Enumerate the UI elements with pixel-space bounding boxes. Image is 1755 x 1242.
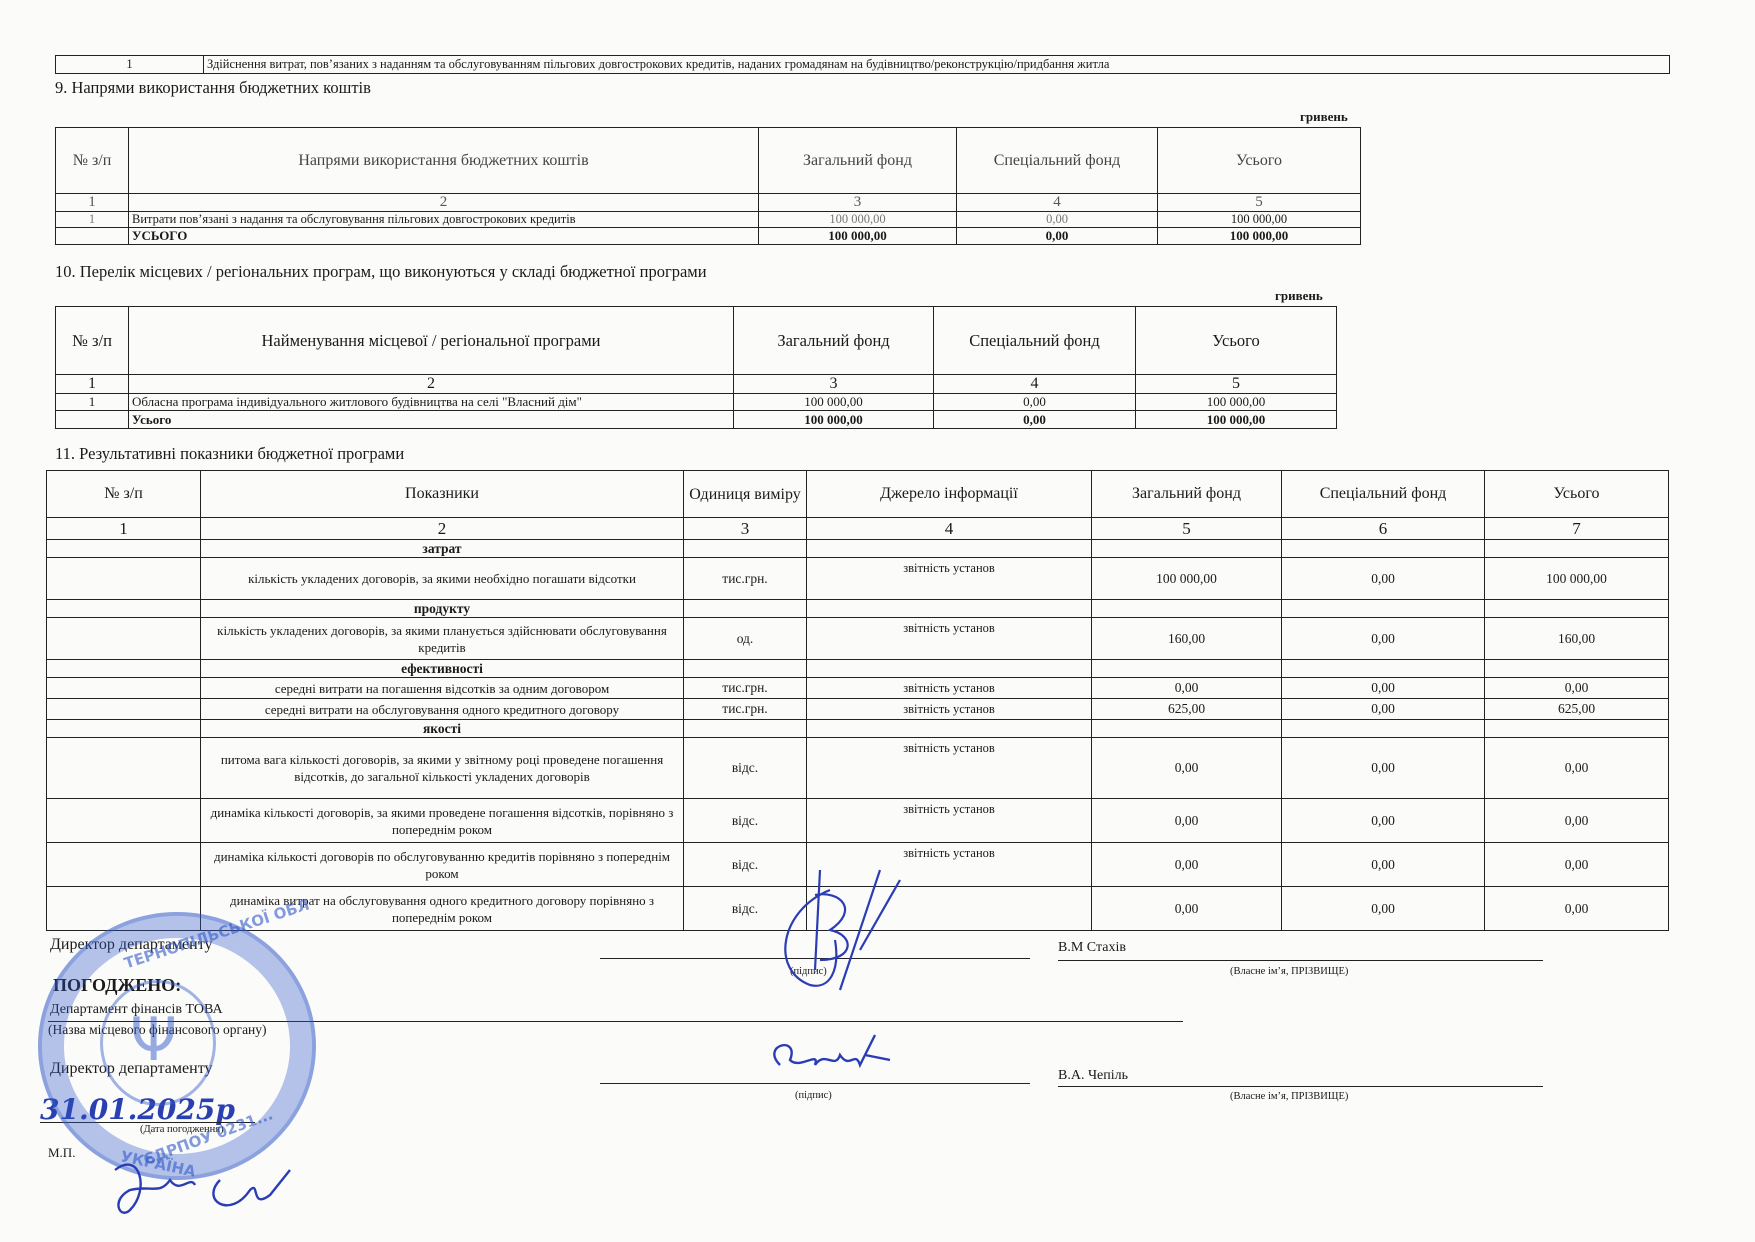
column-number: 3 (734, 375, 934, 394)
table-header-row: № з/п Показники Одиниця виміру Джерело і… (47, 471, 1669, 518)
header-cell: Спеціальний фонд (957, 128, 1158, 194)
empty-cell (807, 660, 1092, 678)
empty-cell (1282, 540, 1485, 558)
unit-of-measure: відс. (684, 799, 807, 843)
information-source: звітність установ (807, 678, 1092, 699)
empty-cell (47, 618, 201, 660)
empty-cell (1282, 660, 1485, 678)
general-fund-value: 0,00 (1092, 887, 1282, 931)
header-cell: Усього (1485, 471, 1669, 518)
category-row: якості (47, 720, 1669, 738)
column-number: 4 (957, 194, 1158, 212)
column-number: 3 (759, 194, 957, 212)
empty-cell (1282, 720, 1485, 738)
column-number-row: 1 2 3 4 5 6 7 (47, 518, 1669, 540)
signature-caption-2: (підпис) (795, 1090, 832, 1101)
section-10-unit: гривень (1275, 288, 1323, 304)
total-value: 0,00 (1485, 738, 1669, 799)
section-9-unit: гривень (1300, 109, 1348, 125)
name-caption-2: (Власне ім’я, ПРІЗВИЩЕ) (1230, 1091, 1348, 1102)
total-row: Усього 100 000,00 0,00 100 000,00 (56, 411, 1337, 429)
category-row: продукту (47, 600, 1669, 618)
empty-cell (47, 600, 201, 618)
total-value: 0,00 (1485, 887, 1669, 931)
table-row: 1 Здійснення витрат, пов’язаних з наданн… (56, 56, 1670, 74)
general-fund-total: 100 000,00 (759, 228, 957, 245)
table-row: 1 Витрати пов’язані з надання та обслуго… (56, 212, 1361, 228)
category-label: продукту (201, 600, 684, 618)
empty-cell (807, 540, 1092, 558)
signature-scribble-3-icon (100, 1150, 320, 1230)
special-fund-value: 0,00 (957, 212, 1158, 228)
general-fund-value: 0,00 (1092, 678, 1282, 699)
row-text: Здійснення витрат, пов’язаних з наданням… (204, 56, 1670, 74)
empty-cell (1485, 540, 1669, 558)
header-cell: Загальний фонд (1092, 471, 1282, 518)
total-value: 100 000,00 (1136, 394, 1337, 411)
column-number-row: 1 2 3 4 5 (56, 194, 1361, 212)
special-fund-value: 0,00 (1282, 699, 1485, 720)
header-cell: № з/п (56, 307, 129, 375)
information-source: звітність установ (807, 799, 1092, 843)
special-fund-value: 0,00 (1282, 843, 1485, 887)
trident-emblem-icon: Ψ (130, 1005, 177, 1075)
special-fund-value: 0,00 (934, 394, 1136, 411)
special-fund-value: 0,00 (1282, 887, 1485, 931)
section-11-title: 11. Результативні показники бюджетної пр… (55, 444, 404, 464)
column-number: 1 (47, 518, 201, 540)
special-fund-value: 0,00 (1282, 678, 1485, 699)
header-cell: Напрями використання бюджетних коштів (129, 128, 759, 194)
column-number: 4 (807, 518, 1092, 540)
empty-cell (47, 660, 201, 678)
empty-cell (47, 699, 201, 720)
header-cell: Загальний фонд (759, 128, 957, 194)
header-cell: Джерело інформації (807, 471, 1092, 518)
total-value: 0,00 (1485, 799, 1669, 843)
empty-cell (684, 720, 807, 738)
header-cell: № з/п (47, 471, 201, 518)
total-row: УСЬОГО 100 000,00 0,00 100 000,00 (56, 228, 1361, 245)
column-number: 1 (56, 194, 129, 212)
total-value: 0,00 (1485, 678, 1669, 699)
section-9-title: 9. Напрями використання бюджетних коштів (55, 78, 371, 98)
total-value: 100 000,00 (1158, 212, 1361, 228)
header-cell: Спеціальний фонд (934, 307, 1136, 375)
empty-cell (1485, 600, 1669, 618)
general-fund-value: 100 000,00 (759, 212, 957, 228)
grand-total: 100 000,00 (1158, 228, 1361, 245)
category-label: затрат (201, 540, 684, 558)
header-cell: Одиниця виміру (684, 471, 807, 518)
information-source: звітність установ (807, 618, 1092, 660)
empty-cell (1092, 720, 1282, 738)
general-fund-total: 100 000,00 (734, 411, 934, 429)
column-number: 1 (56, 375, 129, 394)
signer-name-2: В.А. Чепіль (1058, 1068, 1128, 1084)
table-header-row: № з/п Найменування місцевої / регіональн… (56, 307, 1337, 375)
empty-cell (807, 600, 1092, 618)
general-fund-value: 100 000,00 (734, 394, 934, 411)
general-fund-value: 0,00 (1092, 738, 1282, 799)
empty-cell (684, 540, 807, 558)
indicator-row: питома вага кількості договорів, за яким… (47, 738, 1669, 799)
empty-cell (1485, 660, 1669, 678)
column-number: 3 (684, 518, 807, 540)
row-name: Обласна програма індивідуального житлово… (129, 394, 734, 411)
signature-scribble-2-icon (760, 1030, 910, 1090)
total-label: УСЬОГО (129, 228, 759, 245)
column-number: 5 (1158, 194, 1361, 212)
header-cell: Найменування місцевої / регіональної про… (129, 307, 734, 375)
seal-place-label: М.П. (48, 1145, 75, 1161)
special-fund-value: 0,00 (1282, 799, 1485, 843)
special-fund-total: 0,00 (934, 411, 1136, 429)
general-fund-value: 100 000,00 (1092, 558, 1282, 600)
name-line-2 (1058, 1086, 1543, 1087)
indicator-name: динаміка кількості договорів по обслугов… (201, 843, 684, 887)
indicator-name: кількість укладених договорів, за якими … (201, 618, 684, 660)
unit-of-measure: тис.грн. (684, 699, 807, 720)
category-label: якості (201, 720, 684, 738)
table-row: 1 Обласна програма індивідуального житло… (56, 394, 1337, 411)
column-number: 2 (129, 194, 759, 212)
header-cell: № з/п (56, 128, 129, 194)
header-cell: Усього (1158, 128, 1361, 194)
indicator-row: середні витрати на обслуговування одного… (47, 699, 1669, 720)
total-label: Усього (129, 411, 734, 429)
general-fund-value: 160,00 (1092, 618, 1282, 660)
total-value: 160,00 (1485, 618, 1669, 660)
row-number: 1 (56, 212, 129, 228)
category-row: затрат (47, 540, 1669, 558)
indicator-row: динаміка кількості договорів, за якими п… (47, 799, 1669, 843)
unit-of-measure: тис.грн. (684, 558, 807, 600)
header-cell: Загальний фонд (734, 307, 934, 375)
empty-cell (47, 540, 201, 558)
column-number: 2 (129, 375, 734, 394)
header-cell: Спеціальний фонд (1282, 471, 1485, 518)
empty-cell (807, 720, 1092, 738)
column-number: 4 (934, 375, 1136, 394)
information-source: звітність установ (807, 558, 1092, 600)
name-line-1 (1058, 960, 1543, 961)
information-source: звітність установ (807, 699, 1092, 720)
special-fund-value: 0,00 (1282, 738, 1485, 799)
indicator-name: середні витрати на обслуговування одного… (201, 699, 684, 720)
signature-scribble-1-icon (760, 850, 960, 1000)
top-continuation-table: 1 Здійснення витрат, пов’язаних з наданн… (55, 55, 1670, 74)
empty-cell (47, 843, 201, 887)
unit-of-measure: од. (684, 618, 807, 660)
empty-cell (1092, 600, 1282, 618)
empty-cell (56, 411, 129, 429)
total-value: 0,00 (1485, 843, 1669, 887)
grand-total: 100 000,00 (1136, 411, 1337, 429)
category-row: ефективності (47, 660, 1669, 678)
general-fund-value: 0,00 (1092, 843, 1282, 887)
section-9-table: № з/п Напрями використання бюджетних кош… (55, 127, 1361, 245)
column-number: 2 (201, 518, 684, 540)
special-fund-value: 0,00 (1282, 558, 1485, 600)
indicator-name: кількість укладених договорів, за якими … (201, 558, 684, 600)
empty-cell (47, 720, 201, 738)
special-fund-value: 0,00 (1282, 618, 1485, 660)
empty-cell (1092, 540, 1282, 558)
indicator-name: динаміка кількості договорів, за якими п… (201, 799, 684, 843)
unit-of-measure: тис.грн. (684, 678, 807, 699)
column-number: 5 (1092, 518, 1282, 540)
total-value: 625,00 (1485, 699, 1669, 720)
column-number: 5 (1136, 375, 1337, 394)
column-number: 7 (1485, 518, 1669, 540)
row-name: Витрати пов’язані з надання та обслугову… (129, 212, 759, 228)
indicator-name: питома вага кількості договорів, за яким… (201, 738, 684, 799)
empty-cell (47, 678, 201, 699)
general-fund-value: 625,00 (1092, 699, 1282, 720)
unit-of-measure: відс. (684, 738, 807, 799)
empty-cell (47, 558, 201, 600)
category-label: ефективності (201, 660, 684, 678)
column-number: 6 (1282, 518, 1485, 540)
indicator-row: кількість укладених договорів, за якими … (47, 618, 1669, 660)
name-caption-1: (Власне ім’я, ПРІЗВИЩЕ) (1230, 966, 1348, 977)
header-cell: Показники (201, 471, 684, 518)
empty-cell (47, 799, 201, 843)
special-fund-total: 0,00 (957, 228, 1158, 245)
indicator-row: кількість укладених договорів, за якими … (47, 558, 1669, 600)
empty-cell (56, 228, 129, 245)
empty-cell (684, 600, 807, 618)
indicator-row: середні витрати на погашення відсотків з… (47, 678, 1669, 699)
empty-cell (1282, 600, 1485, 618)
row-number: 1 (56, 394, 129, 411)
general-fund-value: 0,00 (1092, 799, 1282, 843)
header-cell: Усього (1136, 307, 1337, 375)
signer-name-1: В.М Стахів (1058, 940, 1126, 956)
indicator-name: середні витрати на погашення відсотків з… (201, 678, 684, 699)
total-value: 100 000,00 (1485, 558, 1669, 600)
row-number: 1 (56, 56, 204, 74)
section-10-table: № з/п Найменування місцевої / регіональн… (55, 306, 1337, 429)
section-10-title: 10. Перелік місцевих / регіональних прог… (55, 262, 707, 282)
information-source: звітність установ (807, 738, 1092, 799)
column-number-row: 1 2 3 4 5 (56, 375, 1337, 394)
empty-cell (1092, 660, 1282, 678)
empty-cell (684, 660, 807, 678)
table-header-row: № з/п Напрями використання бюджетних кош… (56, 128, 1361, 194)
empty-cell (47, 738, 201, 799)
empty-cell (1485, 720, 1669, 738)
